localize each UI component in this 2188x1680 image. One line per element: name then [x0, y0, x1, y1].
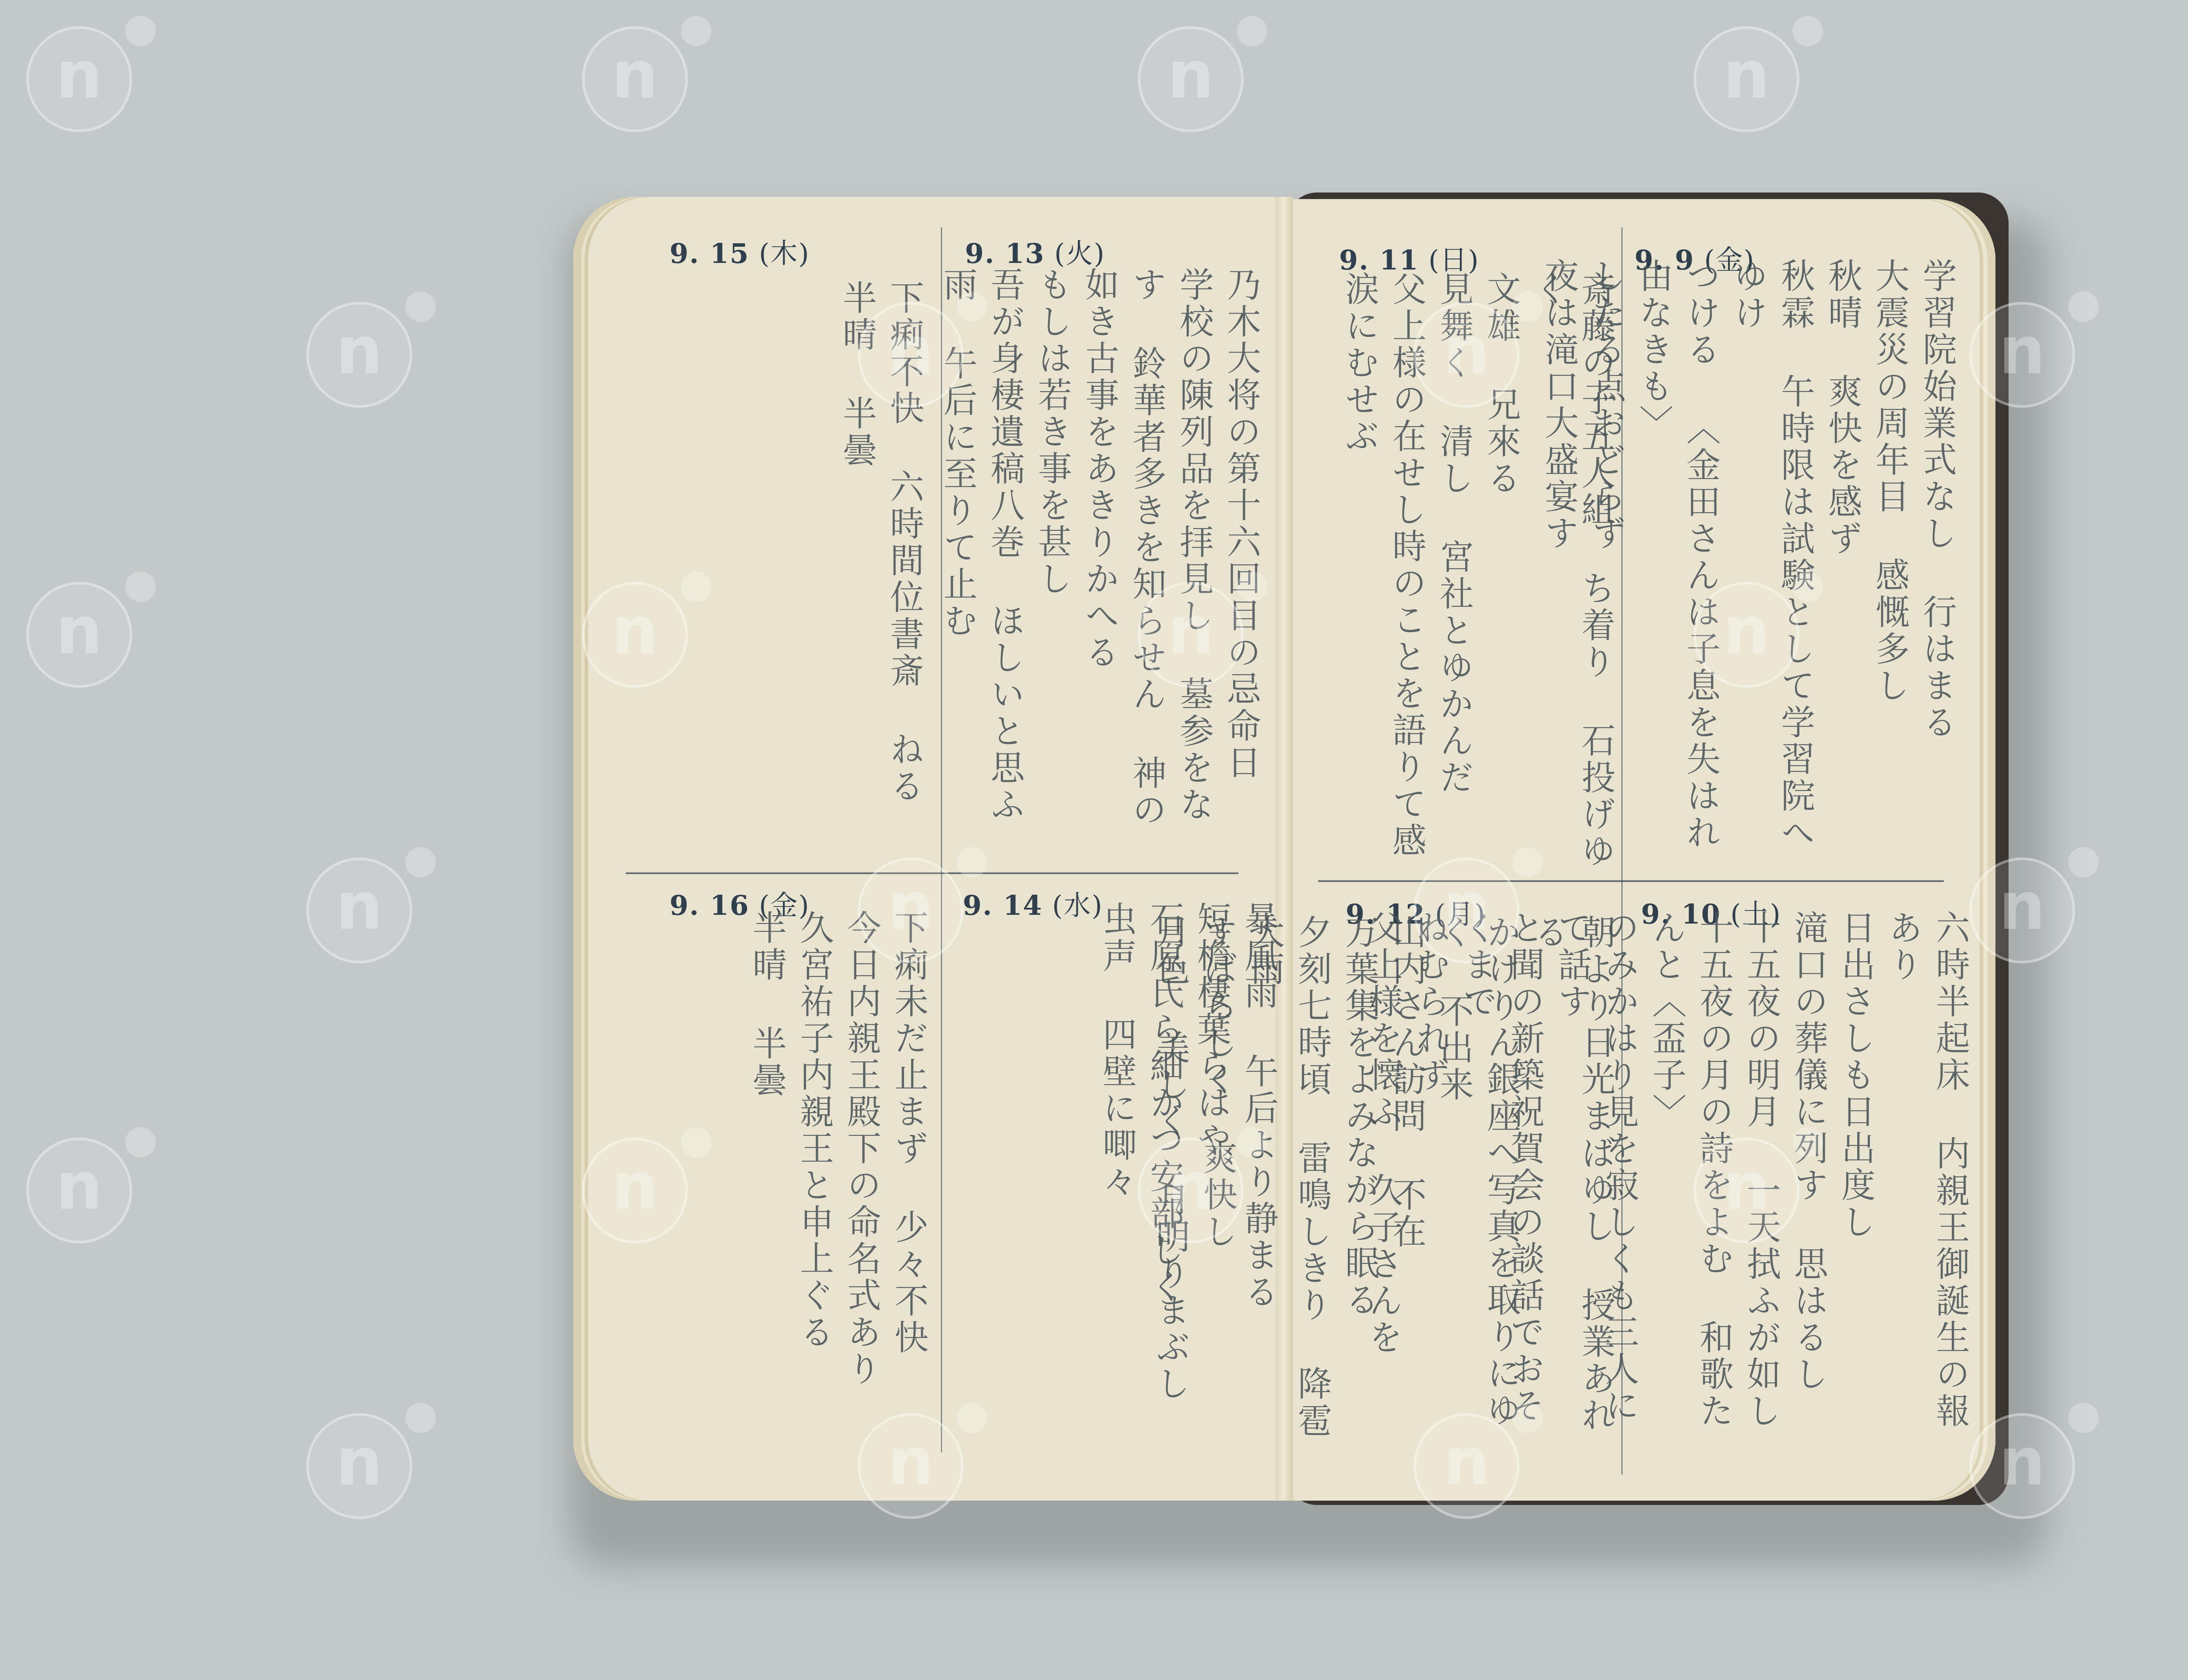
- watermark-logo-icon: n: [1694, 582, 1799, 688]
- watermark-logo-icon: n: [26, 582, 132, 688]
- entry-text: 下痢未だ止まず 少々不快 今日内親王殿下の命名式あり 久宮祐子内親王と申上ぐる …: [779, 910, 932, 1391]
- entry-date: 9. 15 (木): [670, 232, 810, 271]
- watermark-logo-icon: n: [1138, 26, 1244, 132]
- entry-date: 9. 13 (火): [965, 232, 1105, 271]
- entry-text: 乃木大将の第十六回目の忌命日 学校の陳列品を拝見し 墓参をなす 鈴華者多きを知ら…: [1020, 267, 1265, 849]
- watermark-logo-icon: n: [1694, 1137, 1799, 1243]
- watermark-logo-icon: n: [306, 857, 412, 963]
- watermark-logo-icon: n: [1694, 26, 1799, 132]
- entry-text: 学習院始業式なし 行はまる 大震災の周年目 感慨多し 秋晴 爽快を感ず 秋霖 午…: [1707, 258, 1960, 871]
- watermark-logo-icon: n: [582, 26, 688, 132]
- watermark-logo-icon: n: [1138, 1137, 1244, 1243]
- entry-date: 9. 14 (水): [963, 884, 1103, 923]
- watermark-logo-icon: n: [858, 302, 964, 408]
- watermark-logo-icon: n: [306, 302, 412, 408]
- watermark-logo-icon: n: [26, 26, 132, 132]
- watermark-logo-icon: n: [1413, 857, 1519, 963]
- watermark-logo-icon: n: [1969, 302, 2075, 408]
- watermark-logo-icon: n: [1413, 1413, 1519, 1519]
- watermark-logo-icon: n: [306, 1413, 412, 1519]
- watermark-logo-icon: n: [858, 857, 964, 963]
- watermark-logo-icon: n: [1969, 857, 2075, 963]
- watermark-logo-icon: n: [582, 1137, 688, 1243]
- watermark-logo-icon: n: [1413, 302, 1519, 408]
- watermark-logo-icon: n: [1138, 582, 1244, 688]
- watermark-logo-icon: n: [26, 1137, 132, 1243]
- watermark-logo-icon: n: [858, 1413, 964, 1519]
- right-page-row-divider: [1318, 880, 1944, 882]
- watermark-logo-icon: n: [1969, 1413, 2075, 1519]
- watermark-logo-icon: n: [582, 582, 688, 688]
